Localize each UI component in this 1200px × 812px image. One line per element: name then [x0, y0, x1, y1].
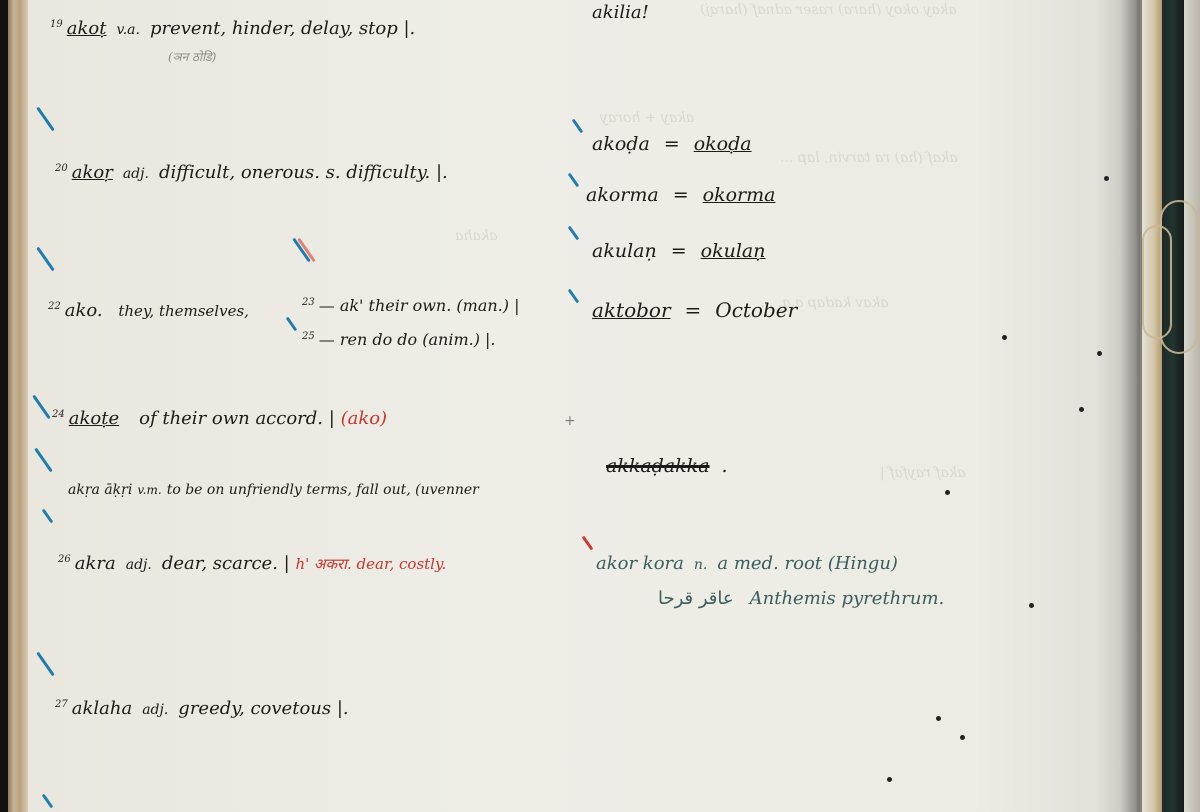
equivalent: okulaṇ [701, 240, 766, 262]
sewing-hole [960, 735, 965, 740]
sewing-hole [1104, 176, 1109, 181]
bleed-through-text: akaha [455, 228, 498, 244]
dictionary-entry: akilia! [592, 2, 649, 23]
pencil-note: (ञन ठोडि) [168, 48, 216, 65]
sewing-hole [1002, 335, 1007, 340]
definition: to be on unfriendly terms, fall out, (uv… [167, 482, 479, 498]
period: . [722, 455, 728, 477]
sub-entry-text: — ren do do (anim.) |. [319, 330, 496, 349]
spelling-equivalence: akulaṇ=okulaṇ [592, 240, 765, 262]
bleed-through-text: akaf rayfaf | [880, 465, 966, 481]
latin-botanical-name: Anthemis pyrethrum. [750, 588, 945, 609]
binding-paper-strip [1142, 0, 1162, 812]
dictionary-entry: 24akoṭeof their own accord. | (ako) [52, 408, 387, 429]
part-of-speech: n. [694, 557, 707, 573]
paper-sheet [28, 0, 1140, 812]
entry-number: 24 [52, 409, 65, 420]
headword: aklaha [72, 698, 132, 719]
manuscript-page: akay okoy (hara) raser adnaf (haraj) aka… [0, 0, 1200, 812]
definition: prevent, hinder, delay, stop |. [150, 18, 415, 39]
entry-number: 22 [48, 301, 61, 312]
struck-word: akkaḍakka [606, 455, 710, 477]
plus-mark: + [564, 413, 576, 429]
equals-sign: = [671, 240, 687, 262]
red-ink-note: h' अकरा. dear, costly. [295, 555, 446, 573]
dictionary-entry: akor koran.a med. root (Hingu) [596, 553, 898, 574]
part-of-speech: adj. [126, 557, 152, 573]
equals-sign: = [664, 133, 680, 155]
definition: greedy, covetous |. [178, 698, 348, 719]
sub-entry: 25— ren do do (anim.) |. [302, 330, 496, 349]
part-of-speech: adj. [142, 702, 168, 718]
red-ink-note: (ako) [341, 408, 388, 429]
dictionary-entry: 26akraadj.dear, scarce. | h' अकरा. dear,… [58, 553, 446, 574]
part-of-speech: adj. [123, 166, 149, 182]
spelling-equivalence: akorma=okorma [586, 184, 775, 206]
entry-number: 25 [302, 331, 315, 342]
page-edge-stain [8, 0, 28, 812]
headword: akulaṇ [592, 240, 657, 262]
sewing-hole [945, 490, 950, 495]
sewing-hole [1079, 407, 1084, 412]
part-of-speech: v.m. [137, 483, 161, 497]
dictionary-entry: akṛa āḳṛiv.m.to be on unfriendly terms, … [68, 482, 479, 498]
headword: akra [75, 553, 116, 574]
headword: ako. [65, 300, 103, 321]
sewing-hole [936, 716, 941, 721]
definition: of their own accord. | [139, 408, 335, 429]
equals-sign: = [673, 184, 689, 206]
facing-page-edge [1184, 0, 1200, 812]
sewing-hole [1097, 351, 1102, 356]
definition: they, themselves, [118, 302, 249, 320]
dictionary-entry: 27aklahaadj.greedy, covetous |. [55, 698, 349, 719]
dictionary-entry: 19akoṭv.a.prevent, hinder, delay, stop |… [50, 18, 415, 39]
headword: akoṭ [67, 18, 107, 39]
entry-number: 23 [302, 297, 315, 308]
equivalent: October [715, 298, 797, 322]
equivalent: okoḍa [694, 133, 752, 155]
definition: dear, scarce. | [162, 553, 290, 574]
binding-spine-tape [1162, 0, 1184, 812]
gutter-shadow [1120, 0, 1142, 812]
entry-number: 27 [55, 699, 68, 710]
dictionary-entry: 20akoṛadj.difficult, onerous. s. difficu… [55, 162, 448, 183]
headword: akoṭe [69, 408, 119, 429]
definition: difficult, onerous. s. difficulty. |. [159, 162, 448, 183]
spelling-equivalence: akoḍa=okoḍa [592, 133, 752, 155]
entry-number: 20 [55, 163, 68, 174]
dictionary-entry-continuation: عاقر قرحاAnthemis pyrethrum. [658, 588, 944, 609]
entry-number: 26 [58, 554, 71, 565]
headword: aktobor [592, 298, 671, 322]
part-of-speech: v.a. [116, 22, 140, 38]
bleed-through-text: akaf (ha) ra tarvin, lap ... [780, 150, 958, 166]
headword: akoṛ [72, 162, 113, 183]
headword: akorma [586, 184, 659, 206]
sub-entry: 23— ak' their own. (man.) | [302, 296, 519, 315]
binding-thread [1160, 200, 1198, 354]
struck-out-entry: akkaḍakka. [606, 455, 728, 477]
sewing-hole [1029, 603, 1034, 608]
spelling-equivalence: aktobor=October [592, 298, 797, 322]
headword: akṛa āḳṛi [68, 482, 132, 498]
headword: akoḍa [592, 133, 650, 155]
dictionary-entry: 22ako. they, themselves, [48, 300, 249, 321]
sewing-hole [887, 777, 892, 782]
headword: akor kora [596, 553, 684, 574]
definition: a med. root (Hingu) [717, 553, 898, 574]
arabic-script-term: عاقر قرحا [658, 588, 734, 609]
bleed-through-text: akay + horay [600, 110, 694, 126]
bleed-through-text: akay okoy (hara) raser adnaf (haraj) [700, 2, 957, 18]
entry-number: 19 [50, 19, 63, 30]
equals-sign: = [685, 298, 702, 322]
equivalent: okorma [703, 184, 776, 206]
sub-entry-text: — ak' their own. (man.) | [319, 296, 520, 315]
